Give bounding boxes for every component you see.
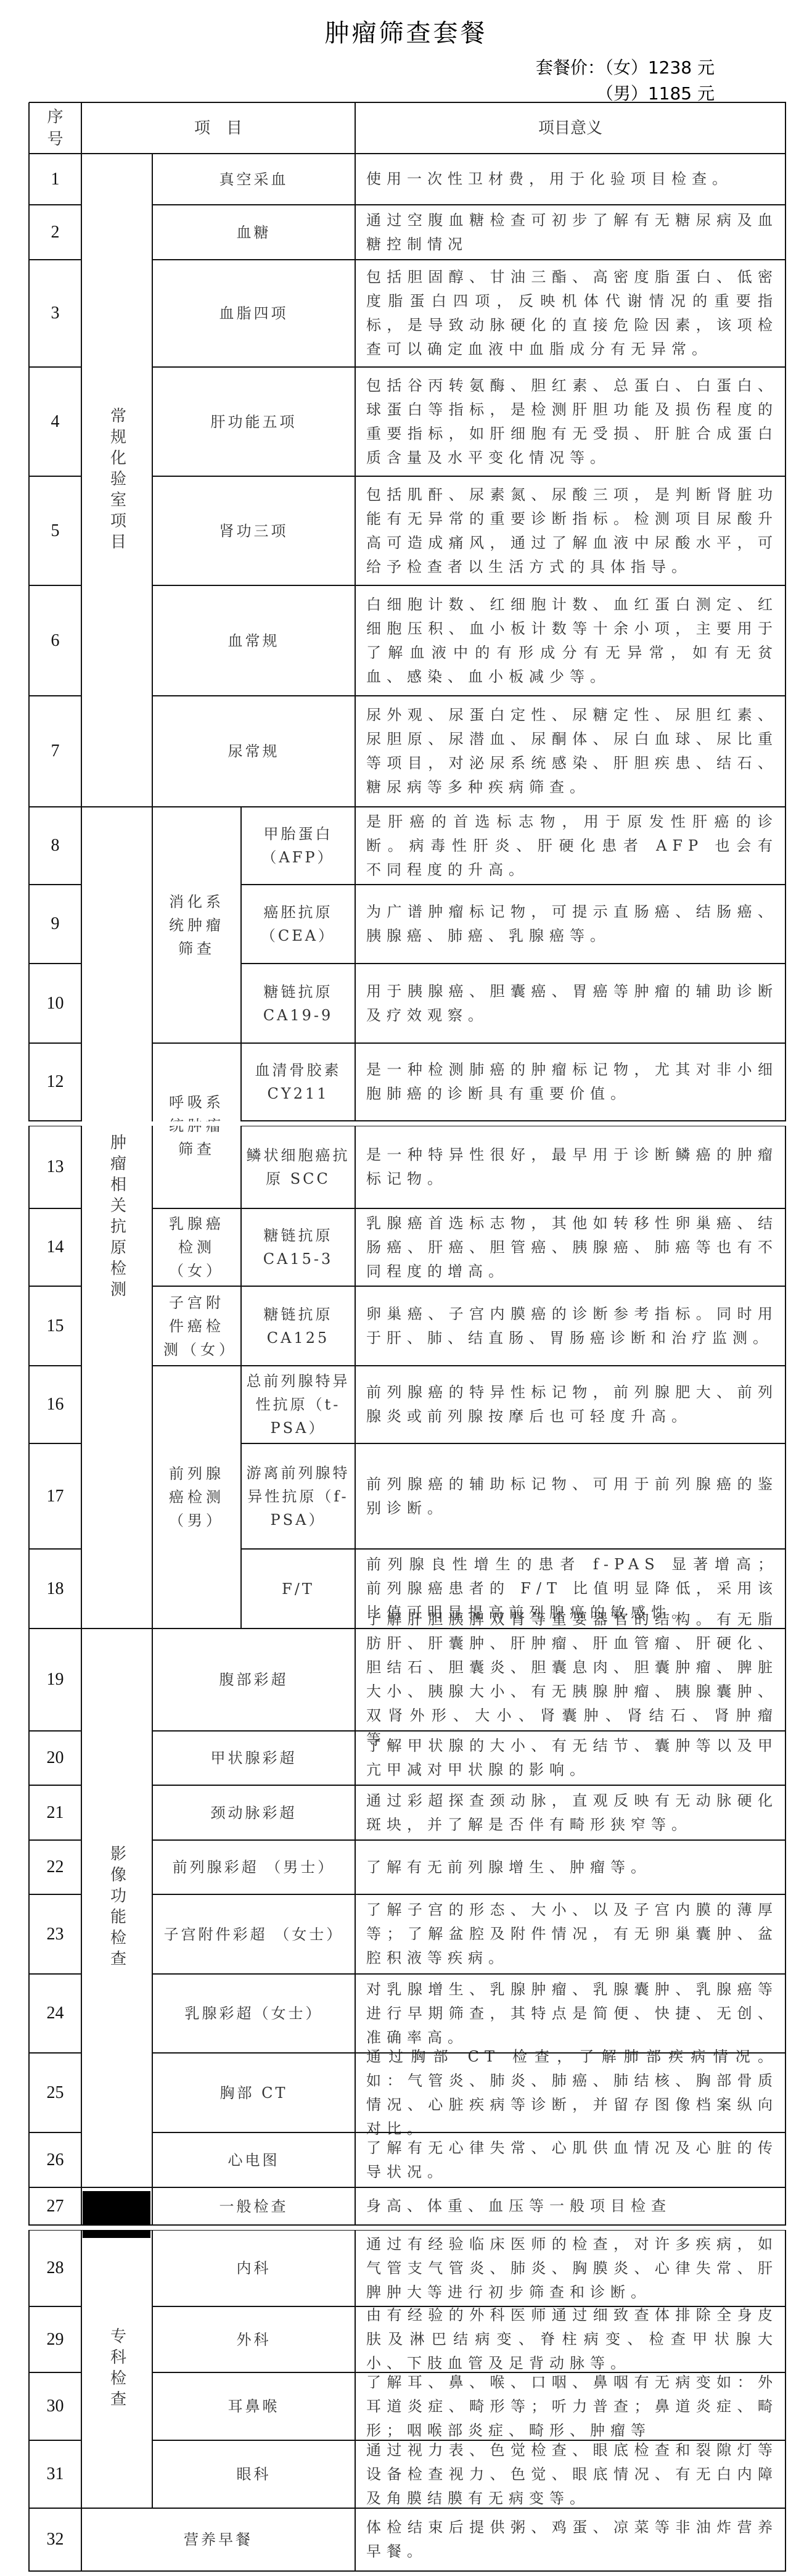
row-item: 癌胚抗原（CEA） <box>241 885 355 964</box>
row-seq: 20 <box>29 1731 81 1785</box>
row-meaning: 通过有经验临床医师的检查，对许多疾病，如气管支气管炎、肺炎、胸膜炎、心律失常、肝… <box>355 2230 785 2306</box>
table-rule <box>785 2053 786 2133</box>
row-item: 肝功能五项 <box>152 367 355 476</box>
table-rule <box>355 1785 356 1841</box>
table-rule <box>29 2132 82 2133</box>
table-rule <box>785 1208 786 1287</box>
table-rule <box>29 102 786 103</box>
table-rule <box>29 1042 82 1044</box>
table-rule <box>28 1731 30 1786</box>
table-rule <box>785 1043 786 1121</box>
table-rule <box>152 1973 786 1975</box>
row-meaning: 了解肝胆胰脾双肾等重要器官的结构。有无脂肪肝、肝囊肿、肝肿瘤、肝血管瘤、肝硬化、… <box>355 1629 785 1731</box>
table-rule <box>785 1731 786 1786</box>
table-rule <box>29 153 82 154</box>
row-seq: 1 <box>29 154 81 205</box>
row-item: 尿常规 <box>152 696 355 807</box>
row-seq: 14 <box>29 1208 81 1286</box>
row-seq: 12 <box>29 1043 81 1121</box>
table-rule <box>785 476 786 586</box>
row-meaning: 是一种检测肺癌的肿瘤标记物，尤其对非小细胞肺癌的诊断具有重要价值。 <box>355 1043 785 1121</box>
table-rule <box>81 2187 153 2188</box>
table-rule <box>785 1549 786 1629</box>
table-rule <box>785 367 786 477</box>
table-rule <box>29 1973 82 1975</box>
table-rule <box>81 2508 153 2509</box>
table-rule <box>785 2508 786 2572</box>
table-rule <box>81 2570 786 2572</box>
table-rule <box>152 1730 786 1732</box>
row-item: 胸部 CT <box>152 2053 355 2132</box>
table-rule <box>785 964 786 1044</box>
row-seq: 13 <box>29 1126 81 1208</box>
subcategory-prostate: 前列腺癌检测（男） <box>152 1366 241 1629</box>
row-seq: 32 <box>29 2508 81 2571</box>
table-rule <box>355 1126 356 1209</box>
table-rule <box>241 1443 786 1444</box>
table-rule <box>29 585 82 586</box>
row-seq: 18 <box>29 1549 81 1629</box>
table-rule <box>28 1208 30 1287</box>
row-meaning: 前列腺癌的辅助标记物、可用于前列腺癌的鉴别诊断。 <box>355 1443 785 1549</box>
row-meaning: 是一种特异性很好，最早用于诊断鳞癌的肿瘤标记物。 <box>355 1126 785 1208</box>
row-seq: 26 <box>29 2132 81 2187</box>
header-meaning: 项目意义 <box>355 102 785 154</box>
table-rule <box>28 205 30 260</box>
table-rule <box>785 154 786 205</box>
table-rule <box>29 1548 82 1550</box>
row-item: 糖链抗原 CA125 <box>241 1286 355 1366</box>
row-meaning: 乳腺癌首选标志物，其他如转移性卵巢癌、结肠癌、肝癌、胆管癌、胰腺癌、肺癌等也有不… <box>355 1208 785 1286</box>
row-item: 血脂四项 <box>152 260 355 367</box>
row-seq: 21 <box>29 1785 81 1840</box>
table-rule <box>355 260 356 368</box>
table-rule <box>29 884 82 885</box>
row-meaning: 了解子宫的形态、大小、以及子宫内膜的薄厚等；了解盆腔及附件情况，有无卵巢囊肿、盆… <box>355 1894 785 1974</box>
table-rule <box>28 585 30 696</box>
row-seq: 28 <box>29 2230 81 2306</box>
row-meaning: 卵巢癌、子宫内膜癌的诊断参考指标。同时用于肝、肺、结直肠、胃肠癌诊断和治疗监测。 <box>355 1286 785 1366</box>
table-rule <box>81 2508 82 2572</box>
table-rule <box>355 2187 356 2226</box>
table-rule <box>28 1840 30 1895</box>
table-rule <box>152 259 786 260</box>
row-seq: 2 <box>29 205 81 260</box>
table-rule <box>152 585 786 586</box>
table-rule <box>28 1549 30 1629</box>
table-rule <box>152 2052 786 2054</box>
row-meaning: 体检结束后提供粥、鸡蛋、凉菜等非油炸营养早餐。 <box>355 2508 785 2571</box>
table-rule <box>29 1894 82 1895</box>
table-rule <box>355 205 356 260</box>
row-item: 血糖 <box>152 205 355 260</box>
row-seq: 3 <box>29 260 81 367</box>
category-tumor-markers: 肿瘤相关抗原检测 <box>81 807 152 1629</box>
table-rule <box>28 1043 30 1121</box>
page-break <box>0 1121 812 1126</box>
table-rule <box>355 367 356 477</box>
table-rule <box>241 1365 786 1366</box>
table-rule <box>28 1286 30 1366</box>
table-rule <box>785 696 786 807</box>
row-item: 内科 <box>152 2230 355 2306</box>
table-rule <box>355 696 356 807</box>
table-rule <box>355 2440 356 2509</box>
row-item: 心电图 <box>152 2132 355 2187</box>
table-rule <box>29 1730 82 1732</box>
table-rule <box>355 1549 356 1629</box>
row-meaning: 包括胆固醇、甘油三酯、高密度脂蛋白、低密度脂蛋白四项，反映机体代谢情况的重要指标… <box>355 260 785 367</box>
table-rule <box>29 2570 82 2572</box>
table-rule <box>28 2440 30 2509</box>
table-rule <box>28 1974 30 2054</box>
table-rule <box>355 1629 356 1732</box>
row-item: 外科 <box>152 2306 355 2372</box>
row-meaning: 是肝癌的首选标志物，用于原发性肝癌的诊断。病毒性肝炎、肝硬化患者 AFP 也会有… <box>355 807 785 885</box>
price-female: 套餐价：（女）1238 元 <box>536 54 715 79</box>
table-rule <box>29 695 82 696</box>
table-rule <box>785 2306 786 2373</box>
row-meaning: 通过彩超探查颈动脉，直观反映有无动脉硬化斑块，并了解是否伴有畸形狭窄等。 <box>355 1785 785 1840</box>
table-rule <box>785 807 786 885</box>
header-seq: 序号 <box>29 102 81 154</box>
table-rule <box>28 964 30 1044</box>
row-meaning: 前列腺癌的特异性标记物，前列腺肥大、前列腺炎或前列腺按摩后也可轻度升高。 <box>355 1366 785 1443</box>
row-meaning: 白细胞计数、红细胞计数、血红蛋白测定、红细胞压积、血小板计数等十余小项，主要用于… <box>355 585 785 696</box>
subcategory-respiratory: 呼吸系统肿瘤筛查 <box>152 1043 241 1208</box>
table-rule <box>29 806 82 807</box>
row-item: F/T <box>241 1549 355 1629</box>
row-seq: 30 <box>29 2372 81 2440</box>
table-rule <box>29 204 82 205</box>
row-meaning: 尿外观、尿蛋白定性、尿糖定性、尿胆红素、尿胆原、尿潜血、尿酮体、尿白血球、尿比重… <box>355 696 785 807</box>
table-rule <box>29 1208 82 1209</box>
row-meaning: 通过视力表、色觉检查、眼底检查和裂隙灯等设备检查视力、色觉、眼底情况、有无白内障… <box>355 2440 785 2508</box>
table-rule <box>355 885 356 964</box>
row-seq: 8 <box>29 807 81 885</box>
table-rule <box>81 102 82 154</box>
table-rule <box>28 696 30 807</box>
table-rule <box>355 102 356 154</box>
row-meaning: 包括肌酐、尿素氮、尿酸三项，是判断肾脏功能有无异常的重要诊断指标。检测项目尿酸升… <box>355 476 785 585</box>
table-rule <box>152 1042 242 1044</box>
row-item: 子宫附件彩超 （女士） <box>152 1894 355 1974</box>
subcategory-uterine: 子宫附件癌检测（女） <box>152 1286 241 1366</box>
table-rule <box>355 2306 356 2373</box>
table-rule <box>785 1126 786 1209</box>
row-seq: 24 <box>29 1974 81 2053</box>
table-rule <box>355 1286 356 1366</box>
table-rule <box>785 1785 786 1841</box>
row-item: 真空采血 <box>152 154 355 205</box>
row-item: 甲胎蛋白（AFP） <box>241 807 355 885</box>
row-item: 糖链抗原 CA19-9 <box>241 964 355 1043</box>
table-rule <box>241 884 786 885</box>
row-meaning: 包括谷丙转氨酶、胆红素、总蛋白、白蛋白、球蛋白等指标，是检测肝胆功能及损伤程度的… <box>355 367 785 476</box>
table-rule <box>355 2230 356 2307</box>
table-rule <box>29 2440 82 2441</box>
table-rule <box>355 2132 356 2188</box>
row-seq: 9 <box>29 885 81 964</box>
page-break <box>0 2226 812 2230</box>
row-meaning: 为广谱肿瘤标记物，可提示直肠癌、结肠癌、胰腺癌、肺癌、乳腺癌等。 <box>355 885 785 964</box>
table-rule <box>355 154 356 205</box>
table-rule <box>152 1894 786 1895</box>
table-rule <box>785 2187 786 2226</box>
table-rule <box>785 102 786 154</box>
table-rule <box>152 1208 242 1209</box>
row-item: 腹部彩超 <box>152 1629 355 1731</box>
row-meaning: 用于胰腺癌、胆囊癌、胃癌等肿瘤的辅助诊断及疗效观察。 <box>355 964 785 1043</box>
table-rule <box>29 2187 82 2188</box>
table-rule <box>355 2372 356 2441</box>
table-rule <box>785 1629 786 1732</box>
row-item: 一般检查 <box>152 2187 355 2225</box>
table-rule <box>28 476 30 586</box>
row-item: 糖链抗原 CA15-3 <box>241 1208 355 1286</box>
row-meaning: 通过胸部 CT 检查，了解肺部疾病情况。如：气管炎、肺炎、肺癌、肺结核、胸部骨质… <box>355 2053 785 2132</box>
row-item: 肾功三项 <box>152 476 355 585</box>
table-rule <box>785 2372 786 2441</box>
table-rule <box>355 1366 356 1444</box>
table-rule <box>28 2508 30 2572</box>
row-item: 总前列腺特异性抗原（t-PSA） <box>241 1366 355 1443</box>
table-rule <box>29 1443 82 1444</box>
row-meaning: 了解有无心律失常、心肌供血情况及心脏的传导状况。 <box>355 2132 785 2187</box>
row-seq: 15 <box>29 1286 81 1366</box>
row-seq: 22 <box>29 1840 81 1894</box>
table-rule <box>28 1443 30 1550</box>
table-rule <box>152 153 786 154</box>
row-seq: 19 <box>29 1629 81 1731</box>
row-seq: 27 <box>29 2187 81 2225</box>
table-rule <box>152 1785 786 1786</box>
table-rule <box>785 1974 786 2054</box>
table-rule <box>152 2187 153 2226</box>
table-rule <box>28 367 30 477</box>
table-rule <box>152 2440 786 2441</box>
table-rule <box>355 476 356 586</box>
table-rule <box>29 1785 82 1786</box>
table-rule <box>241 1042 786 1044</box>
row-seq: 7 <box>29 696 81 807</box>
row-item: 颈动脉彩超 <box>152 1785 355 1840</box>
table-rule <box>152 2372 786 2373</box>
table-rule <box>29 2508 82 2509</box>
table-rule <box>28 2053 30 2133</box>
table-rule <box>28 2372 30 2441</box>
table-rule <box>355 1974 356 2054</box>
redaction-box <box>83 2191 150 2238</box>
row-item: 甲状腺彩超 <box>152 1731 355 1785</box>
table-rule <box>785 1286 786 1366</box>
table-rule <box>28 102 30 154</box>
table-rule <box>785 585 786 696</box>
table-rule <box>152 2132 786 2133</box>
table-rule <box>355 1208 356 1287</box>
subcategory-digestive: 消化系统肿瘤筛查 <box>152 807 241 1043</box>
table-rule <box>81 1628 153 1629</box>
page-title: 肿瘤筛查套餐 <box>0 14 812 49</box>
table-rule <box>355 2508 356 2572</box>
row-item: 眼科 <box>152 2440 355 2508</box>
table-rule <box>28 2187 30 2226</box>
table-rule <box>28 885 30 964</box>
row-meaning: 了解耳、鼻、喉、口咽、鼻咽有无病变如：外耳道炎症、畸形等；听力普查；鼻道炎症、畸… <box>355 2372 785 2440</box>
table-rule <box>785 1366 786 1444</box>
table-rule <box>28 154 30 205</box>
category-specialist: 专科检查 <box>81 2230 152 2508</box>
table-rule <box>28 1629 30 1732</box>
table-rule <box>28 2132 30 2188</box>
table-rule <box>29 2052 82 2054</box>
table-rule <box>152 366 786 368</box>
category-imaging: 影像功能检查 <box>81 1629 152 2187</box>
table-rule <box>355 1043 356 1121</box>
subcategory-breast: 乳腺癌检测（女） <box>152 1208 241 1286</box>
row-seq: 23 <box>29 1894 81 1974</box>
row-seq: 4 <box>29 367 81 476</box>
table-rule <box>785 1840 786 1895</box>
table-rule <box>241 806 786 807</box>
row-meaning: 了解有无前列腺增生、肿瘤等。 <box>355 1840 785 1894</box>
table-rule <box>355 1894 356 1975</box>
table-rule <box>785 2230 786 2307</box>
table-rule <box>152 1628 786 1629</box>
table-rule <box>241 1208 786 1209</box>
table-rule <box>29 1628 82 1629</box>
table-rule <box>152 1839 786 1841</box>
price-male: （男）1185 元 <box>596 80 715 105</box>
table-rule <box>152 2187 786 2188</box>
row-item: 营养早餐 <box>81 2508 355 2571</box>
table-rule <box>29 259 82 260</box>
row-item: 血常规 <box>152 585 355 696</box>
table-rule <box>152 1365 242 1366</box>
table-rule <box>152 1286 242 1287</box>
row-item: 乳腺彩超（女士） <box>152 1974 355 2053</box>
row-seq: 31 <box>29 2440 81 2508</box>
header-item: 项 目 <box>81 102 355 154</box>
table-rule <box>29 1365 82 1366</box>
table-rule <box>785 260 786 368</box>
table-rule <box>785 2132 786 2188</box>
table-rule <box>81 2187 82 2226</box>
table-rule <box>29 366 82 368</box>
table-rule <box>28 1894 30 1975</box>
row-meaning: 通过空腹血糖检查可初步了解有无糖尿病及血糖控制情况 <box>355 205 785 260</box>
category-lab-routine: 常规化验室项目 <box>81 154 152 807</box>
table-rule <box>355 1731 356 1786</box>
row-seq: 6 <box>29 585 81 696</box>
table-rule <box>29 476 82 477</box>
row-meaning: 身高、体重、血压等一般项目检查 <box>355 2187 785 2225</box>
table-rule <box>28 1126 30 1209</box>
row-seq: 29 <box>29 2306 81 2372</box>
table-rule <box>152 2306 786 2307</box>
table-rule <box>355 964 356 1044</box>
table-rule <box>785 205 786 260</box>
row-seq: 10 <box>29 964 81 1043</box>
row-item: 游离前列腺特异性抗原（f-PSA） <box>241 1443 355 1549</box>
table-rule <box>355 1443 356 1550</box>
table-rule <box>29 2306 82 2307</box>
row-seq: 5 <box>29 476 81 585</box>
table-rule <box>29 1286 82 1287</box>
table-rule <box>29 963 82 964</box>
table-rule <box>355 1840 356 1895</box>
table-rule <box>152 476 786 477</box>
row-item: 血清骨胶素 CY211 <box>241 1043 355 1121</box>
table-rule <box>81 2508 786 2509</box>
table-rule <box>29 2372 82 2373</box>
row-seq: 16 <box>29 1366 81 1443</box>
row-item: 鳞状细胞癌抗原 SCC <box>241 1126 355 1208</box>
table-rule <box>152 1628 242 1629</box>
table-rule <box>28 260 30 368</box>
table-rule <box>152 695 786 696</box>
table-rule <box>785 1894 786 1975</box>
table-rule <box>241 1286 786 1287</box>
table-rule <box>152 204 786 205</box>
row-seq: 17 <box>29 1443 81 1549</box>
table-rule <box>28 2230 30 2307</box>
row-meaning: 对乳腺增生、乳腺肿瘤、乳腺囊肿、乳腺癌等进行早期筛查，其特点是简便、快捷、无创、… <box>355 1974 785 2053</box>
row-item: 前列腺彩超 （男士） <box>152 1840 355 1894</box>
table-rule <box>785 2440 786 2509</box>
row-meaning: 由有经验的外科医师通过细致查体排除全身皮肤及淋巴结病变、脊柱病变、检查甲状腺大小… <box>355 2306 785 2372</box>
table-rule <box>355 585 356 696</box>
table-rule <box>81 806 153 807</box>
table-rule <box>241 963 786 964</box>
table-rule <box>785 885 786 964</box>
row-meaning: 了解甲状腺的大小、有无结节、囊肿等以及甲亢甲减对甲状腺的影响。 <box>355 1731 785 1785</box>
table-rule <box>81 153 153 154</box>
row-item: 耳鼻喉 <box>152 2372 355 2440</box>
table-rule <box>28 2306 30 2373</box>
table-rule <box>785 1443 786 1550</box>
table-rule <box>28 1785 30 1841</box>
row-seq: 25 <box>29 2053 81 2132</box>
table-rule <box>355 807 356 885</box>
table-rule <box>152 806 242 807</box>
row-meaning: 使用一次性卫材费，用于化验项目检查。 <box>355 154 785 205</box>
table-rule <box>28 1366 30 1444</box>
table-rule <box>29 1839 82 1841</box>
table-rule <box>241 1548 786 1550</box>
table-rule <box>28 807 30 885</box>
table-rule <box>355 2053 356 2133</box>
